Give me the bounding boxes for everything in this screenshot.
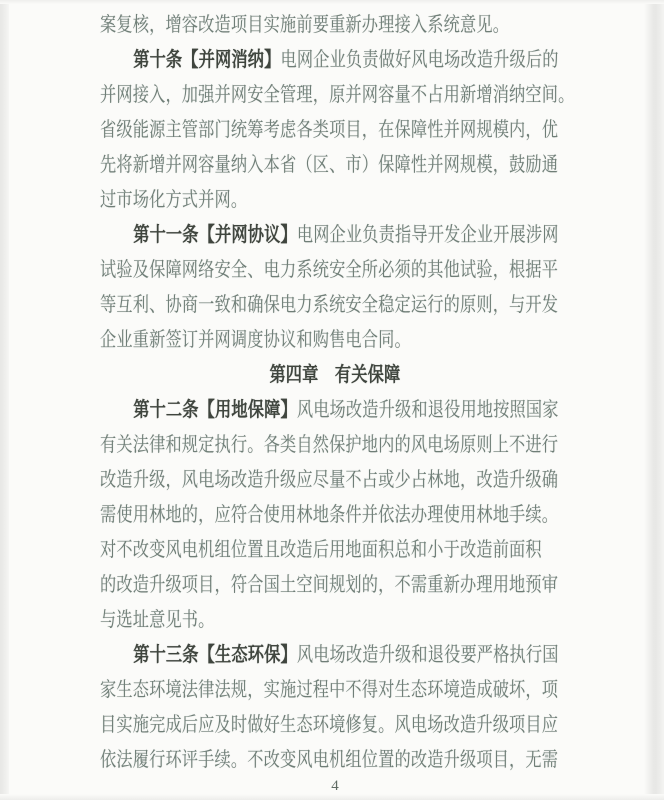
doc-line: 第十三条【生态环保】风电场改造升级和退役要严格执行国 — [100, 638, 570, 673]
doc-line: 第十条【并网消纳】电网企业负责做好风电场改造升级后的 — [100, 43, 570, 78]
doc-line: 并网接入，加强并网安全管理，原并网容量不占用新增消纳空间。 — [100, 78, 570, 113]
article-label: 第十二条【用地保障】 — [133, 399, 297, 421]
doc-line: 目实施完成后应及时做好生态环境修复。风电场改造升级项目应 — [100, 708, 570, 743]
article-label: 第十条【并网消纳】 — [133, 49, 280, 71]
doc-line: 过市场化方式并网。 — [100, 183, 570, 218]
doc-line: 有关法律和规定执行。各类自然保护地内的风电场原则上不进行 — [100, 428, 570, 463]
scanned-document-page: { "style": { "page_background": "#fbfbf9… — [0, 0, 664, 800]
doc-line: 案复核，增容改造项目实施前要重新办理接入系统意见。 — [100, 8, 570, 43]
doc-line: 需使用林地的，应符合使用林地条件并依法办理使用林地手续。 — [100, 498, 570, 533]
doc-line: 试验及保障网络安全、电力系统安全所必须的其他试验，根据平 — [100, 253, 570, 288]
doc-line: 的改造升级项目，符合国土空间规划的，不需重新办理用地预审 — [100, 568, 570, 603]
doc-line: 先将新增并网容量纳入本省（区、市）保障性并网规模，鼓励通 — [100, 148, 570, 183]
page-number: 4 — [100, 776, 570, 796]
article-label: 第十一条【并网协议】 — [133, 224, 297, 246]
doc-line: 第十一条【并网协议】电网企业负责指导开发企业开展涉网 — [100, 218, 570, 253]
scan-edge-left — [0, 0, 9, 800]
article-label: 第十三条【生态环保】 — [133, 644, 297, 666]
doc-line: 企业重新签订并网调度协议和购售电合同。 — [100, 323, 570, 358]
doc-line: 依法履行环评手续。不改变风电机组位置的改造升级项目，无需 — [100, 743, 570, 778]
document-body: 案复核，增容改造项目实施前要重新办理接入系统意见。 第十条【并网消纳】电网企业负… — [100, 8, 570, 778]
doc-line: 对不改变风电机组位置且改造后用地面积总和小于改造前面积 — [100, 533, 570, 568]
doc-line: 与选址意见书。 — [100, 603, 570, 638]
doc-line: 省级能源主管部门统筹考虑各类项目，在保障性并网规模内，优 — [100, 113, 570, 148]
scan-edge-right — [644, 0, 664, 800]
chapter-heading: 第四章 有关保障 — [100, 358, 570, 393]
doc-line: 第十二条【用地保障】风电场改造升级和退役用地按照国家 — [100, 393, 570, 428]
doc-line: 改造升级，风电场改造升级应尽量不占或少占林地，改造升级确 — [100, 463, 570, 498]
doc-line: 等互利、协商一致和确保电力系统安全稳定运行的原则，与开发 — [100, 288, 570, 323]
doc-line: 家生态环境法律法规，实施过程中不得对生态环境造成破坏，项 — [100, 673, 570, 708]
scan-edge-top — [0, 0, 664, 4]
